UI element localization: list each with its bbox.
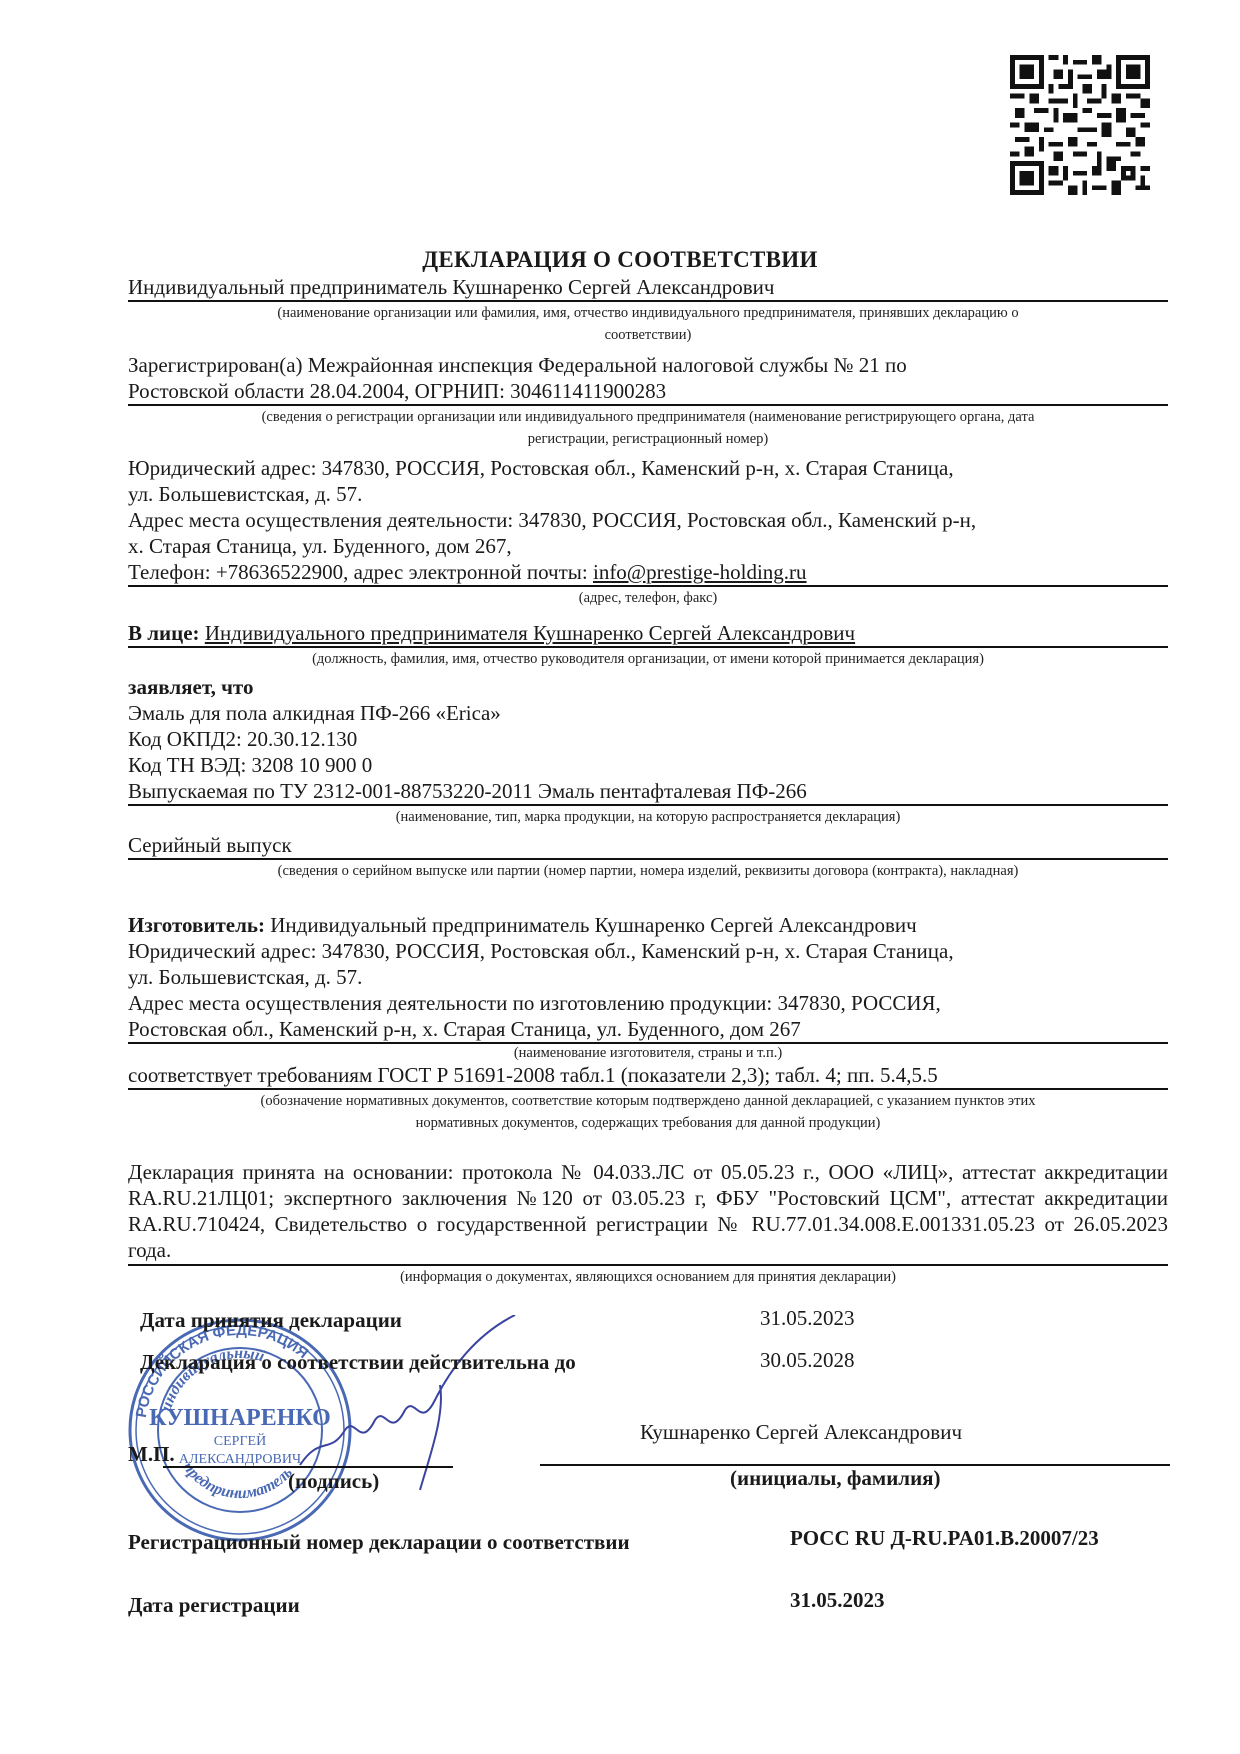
handwritten-signature-icon xyxy=(290,1315,520,1495)
representative: В лице: Индивидуального предпринимателя … xyxy=(128,620,855,646)
production-type: Серийный выпуск xyxy=(128,832,292,858)
stamp-label: М.П. xyxy=(128,1442,175,1467)
address-note: (адрес, телефон, факс) xyxy=(128,587,1168,609)
registration-line-1: Зарегистрирован(а) Межрайонная инспекция… xyxy=(128,352,907,378)
product-name: Эмаль для пола алкидная ПФ-266 «Erica» xyxy=(128,700,501,726)
declares-label: заявляет, что xyxy=(128,674,253,700)
legal-address-line-1: Юридический адрес: 347830, РОССИЯ, Росто… xyxy=(128,455,954,481)
manufacturer-legal-address-2: ул. Большевистская, д. 57. xyxy=(128,964,362,990)
contacts: Телефон: +78636522900, адрес электронной… xyxy=(128,559,807,585)
manufacturer-production-address-1: Адрес места осуществления деятельности п… xyxy=(128,990,941,1016)
legal-address-line-2: ул. Большевистская, д. 57. xyxy=(128,481,362,507)
manufacturer: Изготовитель: Индивидуальный предпринима… xyxy=(128,912,917,938)
representative-value: Индивидуального предпринимателя Кушнарен… xyxy=(205,621,855,645)
valid-until-value: 30.05.2028 xyxy=(760,1348,855,1373)
declaration-basis: Декларация принята на основании: протоко… xyxy=(128,1159,1168,1263)
conformity-note: (обозначение нормативных документов, соо… xyxy=(128,1090,1168,1134)
product-tn-ved: Код ТН ВЭД: 3208 10 900 0 xyxy=(128,752,372,778)
production-note: (сведения о серийном выпуске или партии … xyxy=(128,860,1168,882)
product-note: (наименование, тип, марка продукции, на … xyxy=(128,806,1168,828)
signature-line xyxy=(163,1466,453,1468)
accepted-date-value: 31.05.2023 xyxy=(760,1306,855,1331)
applicant-name-note: (наименование организации или фамилия, и… xyxy=(128,302,1168,346)
signer-name: Кушнаренко Сергей Александрович xyxy=(640,1420,962,1445)
valid-until-label: Декларация о соответствии действительна … xyxy=(140,1350,576,1375)
page-title: ДЕКЛАРАЦИЯ О СООТВЕТСТВИИ xyxy=(0,247,1240,273)
signature-note: (подпись) xyxy=(288,1469,379,1494)
registration-number-label: Регистрационный номер декларации о соотв… xyxy=(128,1530,630,1555)
registration-number-value: РОСС RU Д-RU.PA01.B.20007/23 xyxy=(790,1526,1099,1551)
basis-note: (информация о документах, являющихся осн… xyxy=(128,1266,1168,1288)
registration-note: (сведения о регистрации организации или … xyxy=(128,406,1168,450)
product-spec: Выпускаемая по ТУ 2312-001-88753220-2011… xyxy=(128,778,807,804)
manufacturer-note: (наименование изготовителя, страны и т.п… xyxy=(128,1042,1168,1064)
representative-note: (должность, фамилия, имя, отчество руков… xyxy=(128,648,1168,670)
manufacturer-name: Индивидуальный предприниматель Кушнаренк… xyxy=(270,913,916,937)
manufacturer-legal-address-1: Юридический адрес: 347830, РОССИЯ, Росто… xyxy=(128,938,954,964)
registration-date-label: Дата регистрации xyxy=(128,1593,300,1618)
svg-text:АЛЕКСАНДРОВИЧ: АЛЕКСАНДРОВИЧ xyxy=(179,1452,301,1467)
signer-note: (инициалы, фамилия) xyxy=(730,1466,941,1491)
manufacturer-production-address-2: Ростовская обл., Каменский р-н, х. Стара… xyxy=(128,1016,801,1042)
manufacturer-label: Изготовитель: xyxy=(128,913,265,937)
product-okpd2: Код ОКПД2: 20.30.12.130 xyxy=(128,726,357,752)
conformity-standard: соответствует требованиям ГОСТ Р 51691-2… xyxy=(128,1062,938,1088)
svg-text:СЕРГЕЙ: СЕРГЕЙ xyxy=(214,1432,266,1449)
applicant-name: Индивидуальный предприниматель Кушнаренк… xyxy=(128,274,774,300)
activity-address-line-2: х. Старая Станица, ул. Буденного, дом 26… xyxy=(128,533,512,559)
accepted-date-label: Дата принятия декларации xyxy=(140,1308,402,1333)
activity-address-line-1: Адрес места осуществления деятельности: … xyxy=(128,507,976,533)
representative-label: В лице: xyxy=(128,621,200,645)
registration-line-2: Ростовской области 28.04.2004, ОГРНИП: 3… xyxy=(128,378,666,404)
qr-code-icon xyxy=(1010,55,1150,195)
registration-date-value: 31.05.2023 xyxy=(790,1588,885,1613)
email-link[interactable]: info@prestige-holding.ru xyxy=(593,560,807,584)
